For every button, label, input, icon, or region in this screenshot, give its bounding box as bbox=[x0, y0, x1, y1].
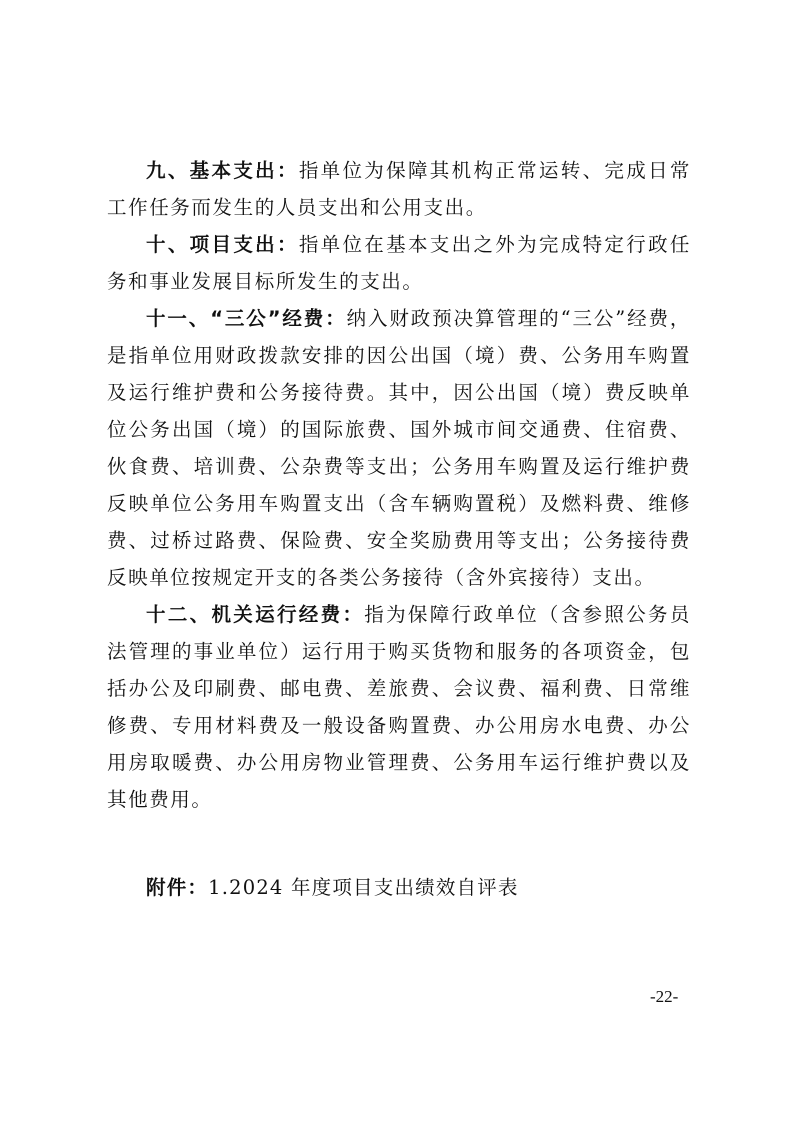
attachment-text: 1.2024 年度项目支出绩效自评表 bbox=[208, 876, 519, 899]
term-heading: 九、基本支出： bbox=[146, 159, 299, 182]
term-heading: 十、项目支出： bbox=[146, 233, 299, 256]
paragraph-text: 纳入财政预决算管理的“三公”经费，是指单位用财政拨款安排的因公出国（境）费、公务… bbox=[107, 307, 691, 589]
paragraph-project-expenditure: 十、项目支出：指单位在基本支出之外为完成特定行政任务和事业发展目标所发生的支出。 bbox=[107, 226, 691, 300]
document-body: 九、基本支出：指单位为保障其机构正常运转、完成日常工作任务而发生的人员支出和公用… bbox=[107, 152, 691, 818]
term-heading: 十一、“三公”经费： bbox=[146, 307, 347, 330]
term-heading: 十二、机关运行经费： bbox=[146, 603, 364, 626]
paragraph-agency-operating-funds: 十二、机关运行经费：指为保障行政单位（含参照公务员法管理的事业单位）运行用于购买… bbox=[107, 596, 691, 818]
attachment-line: 附件：1.2024 年度项目支出绩效自评表 bbox=[146, 873, 519, 903]
paragraph-three-public-funds: 十一、“三公”经费：纳入财政预决算管理的“三公”经费，是指单位用财政拨款安排的因… bbox=[107, 300, 691, 596]
attachment-label: 附件： bbox=[146, 876, 208, 899]
page-number: -22- bbox=[650, 987, 678, 1007]
paragraph-text: 指为保障行政单位（含参照公务员法管理的事业单位）运行用于购买货物和服务的各项资金… bbox=[107, 603, 691, 811]
paragraph-basic-expenditure: 九、基本支出：指单位为保障其机构正常运转、完成日常工作任务而发生的人员支出和公用… bbox=[107, 152, 691, 226]
